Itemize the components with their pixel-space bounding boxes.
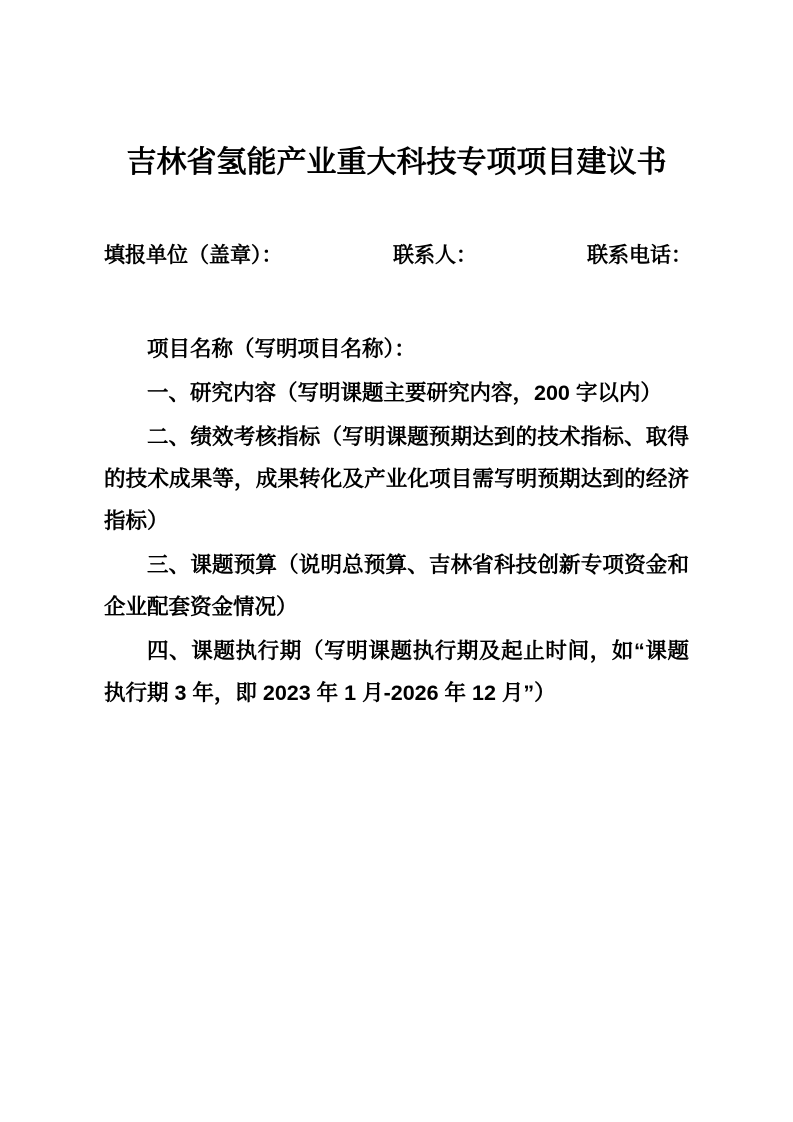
contact-field-label: 联系人： [393, 241, 477, 271]
paragraph-project-name: 项目名称（写明项目名称）： [104, 328, 689, 370]
unit-field-label: 填报单位（盖章）： [104, 241, 283, 271]
phone-field-label: 联系电话： [587, 241, 692, 271]
paragraph-section-3-budget: 三、课题预算（说明总预算、吉林省科技创新专项资金和企业配套资金情况） [104, 544, 689, 628]
document-body: 项目名称（写明项目名称）： 一、研究内容（写明课题主要研究内容，200 字以内）… [104, 328, 689, 714]
document-content: 吉林省氢能产业重大科技专项项目建议书 填报单位（盖章）： 联系人： 联系电话： … [104, 0, 689, 716]
header-fill-in-line: 填报单位（盖章）： 联系人： 联系电话： [104, 241, 689, 271]
document-title: 吉林省氢能产业重大科技专项项目建议书 [104, 141, 689, 185]
paragraph-section-2-performance-indicators: 二、绩效考核指标（写明课题预期达到的技术指标、取得的技术成果等，成果转化及产业化… [104, 416, 689, 542]
paragraph-section-4-execution-period: 四、课题执行期（写明课题执行期及起止时间，如“课题执行期 3 年，即 2023 … [104, 630, 689, 714]
paragraph-section-1-research-content: 一、研究内容（写明课题主要研究内容，200 字以内） [104, 372, 689, 414]
document-page: 吉林省氢能产业重大科技专项项目建议书 填报单位（盖章）： 联系人： 联系电话： … [0, 0, 793, 1122]
